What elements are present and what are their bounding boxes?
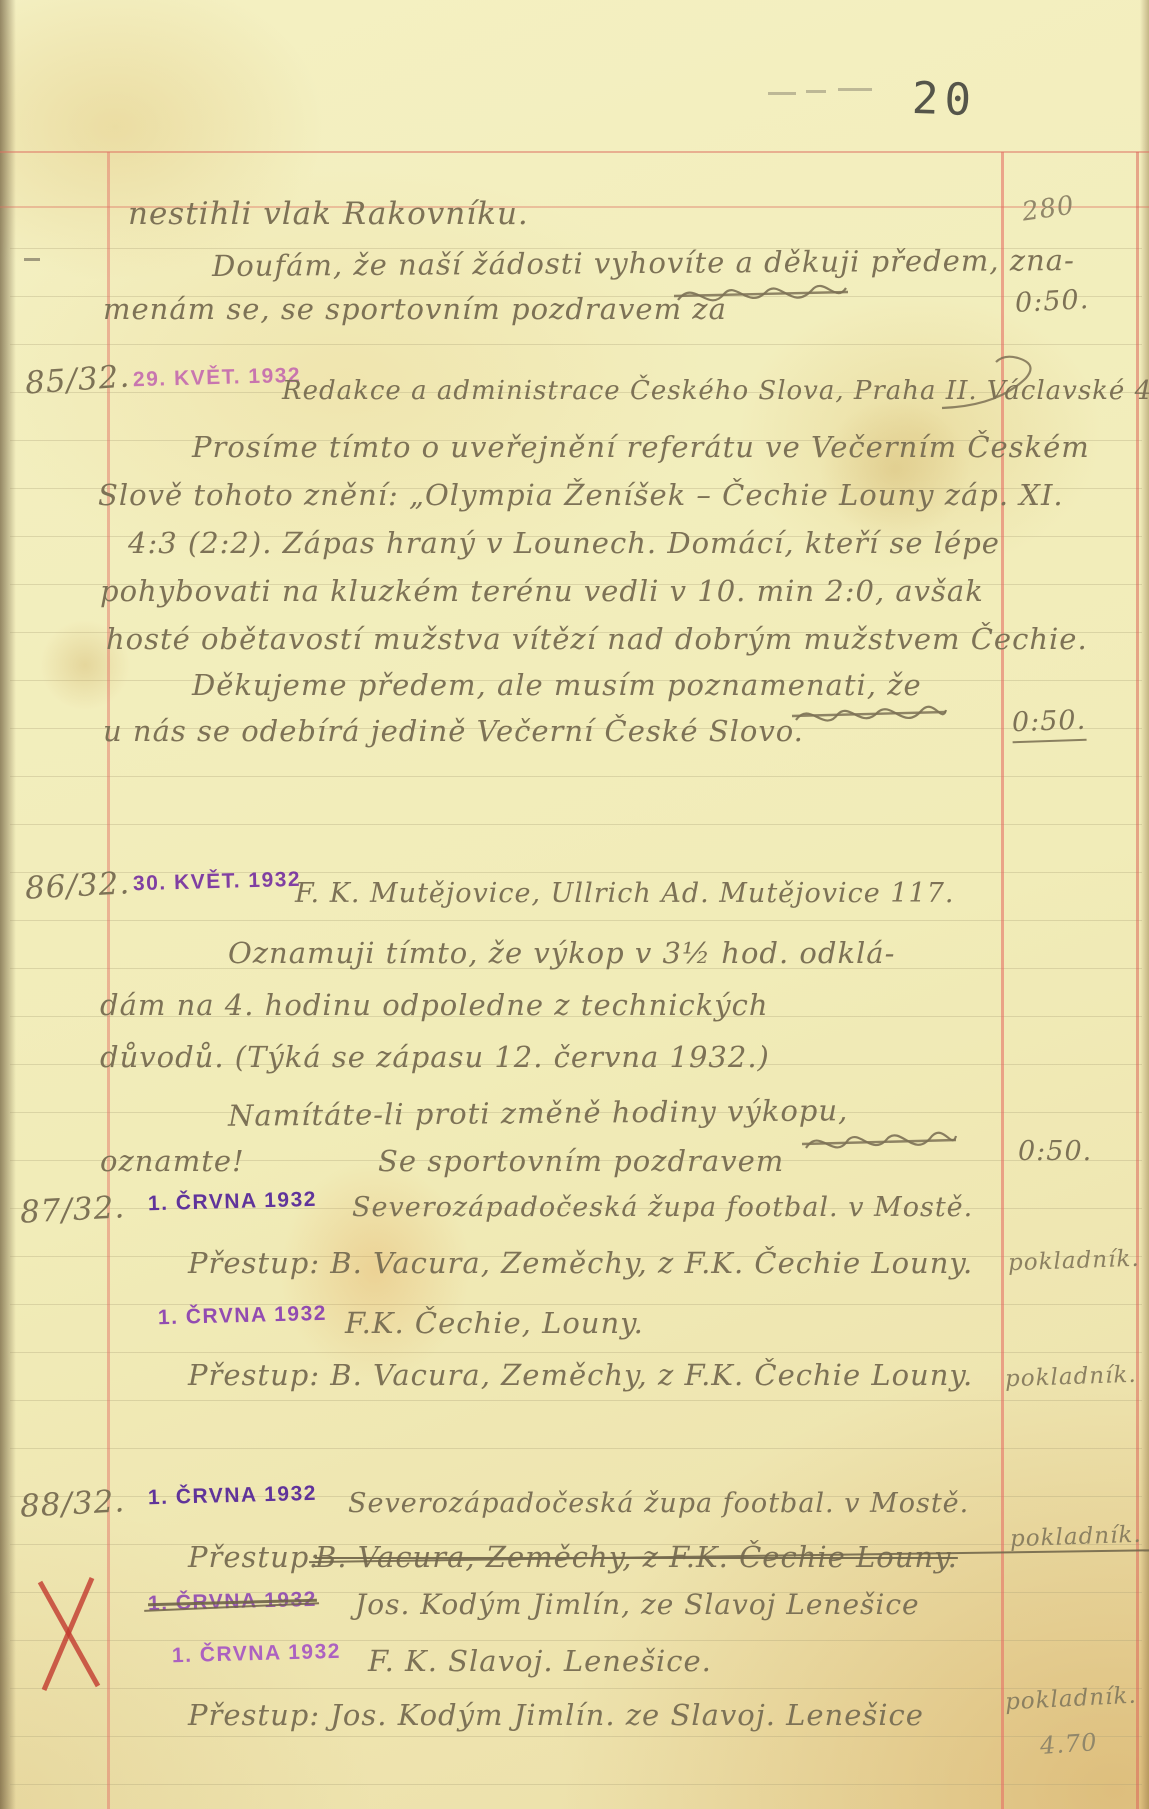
entry87-addressee-2: F.K. Čechie, Louny.	[345, 1306, 644, 1340]
margin-note-treasurer: pokladník.	[1005, 1362, 1138, 1393]
entry86-line-5a: oznamte!	[100, 1144, 245, 1178]
entry88-addressee-2: F. K. Slavoj. Lenešice.	[368, 1644, 712, 1678]
red-x-mark	[32, 1576, 110, 1694]
entry-number-86: 86/32.	[24, 865, 131, 906]
entry88-line-kodym: Jos. Kodým Jimlín, ze Slavoj Lenešice	[355, 1588, 920, 1621]
fee-amount: 0:50.	[1018, 1136, 1092, 1167]
date-stamp-30-kvet: 30. KVĚT. 1932	[133, 868, 302, 896]
entry-number-87: 87/32.	[19, 1189, 126, 1230]
intro-line-3: menám se, se sportovním pozdravem za	[103, 292, 727, 326]
entry86-line-1: Oznamuji tímto, že výkop v 3½ hod. odklá…	[228, 936, 895, 970]
entry-number-88: 88/32.	[19, 1483, 126, 1524]
entry86-line-2: dám na 4. hodinu odpoledne z technických	[100, 988, 769, 1022]
entry87-transfer-2: Přestup: B. Vacura, Zeměchy, z F.K. Čech…	[188, 1358, 973, 1392]
fee-amount-underlined: 0:50.	[1011, 705, 1086, 744]
entry85-line-1: Prosíme tímto o uveřejnění referátu ve V…	[192, 430, 1090, 464]
entry87-addressee-1: Severozápadočeská župa footbal. v Mostě.	[352, 1192, 973, 1223]
pencil-dash	[838, 88, 872, 91]
entry85-line-4: pohybovati na kluzkém terénu vedli v 10.…	[100, 574, 984, 608]
pencil-note-top: 280	[1020, 190, 1076, 227]
entry85-line-3: 4:3 (2:2). Zápas hraný v Lounech. Domácí…	[128, 526, 1000, 560]
left-margin-rule	[107, 152, 110, 1809]
entry88-transfer-2: Přestup: Jos. Kodým Jimlín. ze Slavoj. L…	[188, 1698, 924, 1732]
struck-signature-squiggle	[800, 1120, 960, 1164]
entry88-addressee-1: Severozápadočeská župa footbal. v Mostě.	[348, 1488, 969, 1519]
struck-signature-squiggle	[790, 696, 950, 736]
date-stamp-1-crvna: 1. ČRVNA 1932	[158, 1302, 327, 1330]
date-stamp-1-crvna-struck: 1. ČRVNA 1932	[148, 1588, 317, 1616]
fee-amount: 0:50.	[1014, 284, 1090, 319]
date-stamp-29-kvet: 29. KVĚT. 1932	[133, 364, 302, 392]
entry86-line-5b: Se sportovním pozdravem	[378, 1144, 784, 1178]
margin-note-treasurer: pokladník.	[1010, 1522, 1143, 1553]
margin-note-treasurer: pokladník.	[1008, 1246, 1141, 1277]
entry85-line-7: u nás se odebírá jedině Večerní České Sl…	[103, 714, 804, 748]
date-stamp-1-crvna: 1. ČRVNA 1932	[148, 1482, 317, 1510]
entry87-transfer-1: Přestup: B. Vacura, Zeměchy, z F.K. Čech…	[188, 1246, 973, 1280]
entry86-line-3: důvodů. (Týká se zápasu 12. června 1932.…	[100, 1040, 770, 1074]
entry88-transfer-1-label: Přestup:	[188, 1540, 320, 1574]
pencil-dash	[768, 92, 796, 95]
circle-mark	[940, 352, 1040, 416]
entry86-addressee: F. K. Mutějovice, Ullrich Ad. Mutějovice…	[295, 878, 954, 909]
intro-line-1: nestihli vlak Rakovníku.	[128, 196, 529, 232]
date-stamp-1-crvna: 1. ČRVNA 1932	[172, 1640, 341, 1668]
pencil-note-bottom: 4.70	[1039, 1728, 1098, 1760]
entry86-line-4: Namítáte-li proti změně hodiny výkopu,	[228, 1093, 849, 1132]
ledger-page: 20 280 nestihli vlak Rakovníku. Doufám, …	[0, 0, 1149, 1809]
struck-signature-squiggle	[672, 274, 852, 316]
date-stamp-1-crvna: 1. ČRVNA 1932	[148, 1188, 317, 1216]
entry85-line-2: Slově tohoto znění: „Olympia Ženíšek – Č…	[98, 478, 1064, 512]
pencil-dash	[806, 90, 826, 93]
top-rule-1	[0, 151, 1149, 153]
page-number-stamp: 20	[911, 73, 978, 126]
intro-line-2: Doufám, že naší žádosti vyhovíte a děkuj…	[212, 243, 1075, 283]
entry85-line-5: hosté obětavostí mužstva vítězí nad dobr…	[106, 622, 1088, 656]
margin-dash	[24, 258, 40, 261]
entry-number-85: 85/32.	[24, 358, 131, 401]
